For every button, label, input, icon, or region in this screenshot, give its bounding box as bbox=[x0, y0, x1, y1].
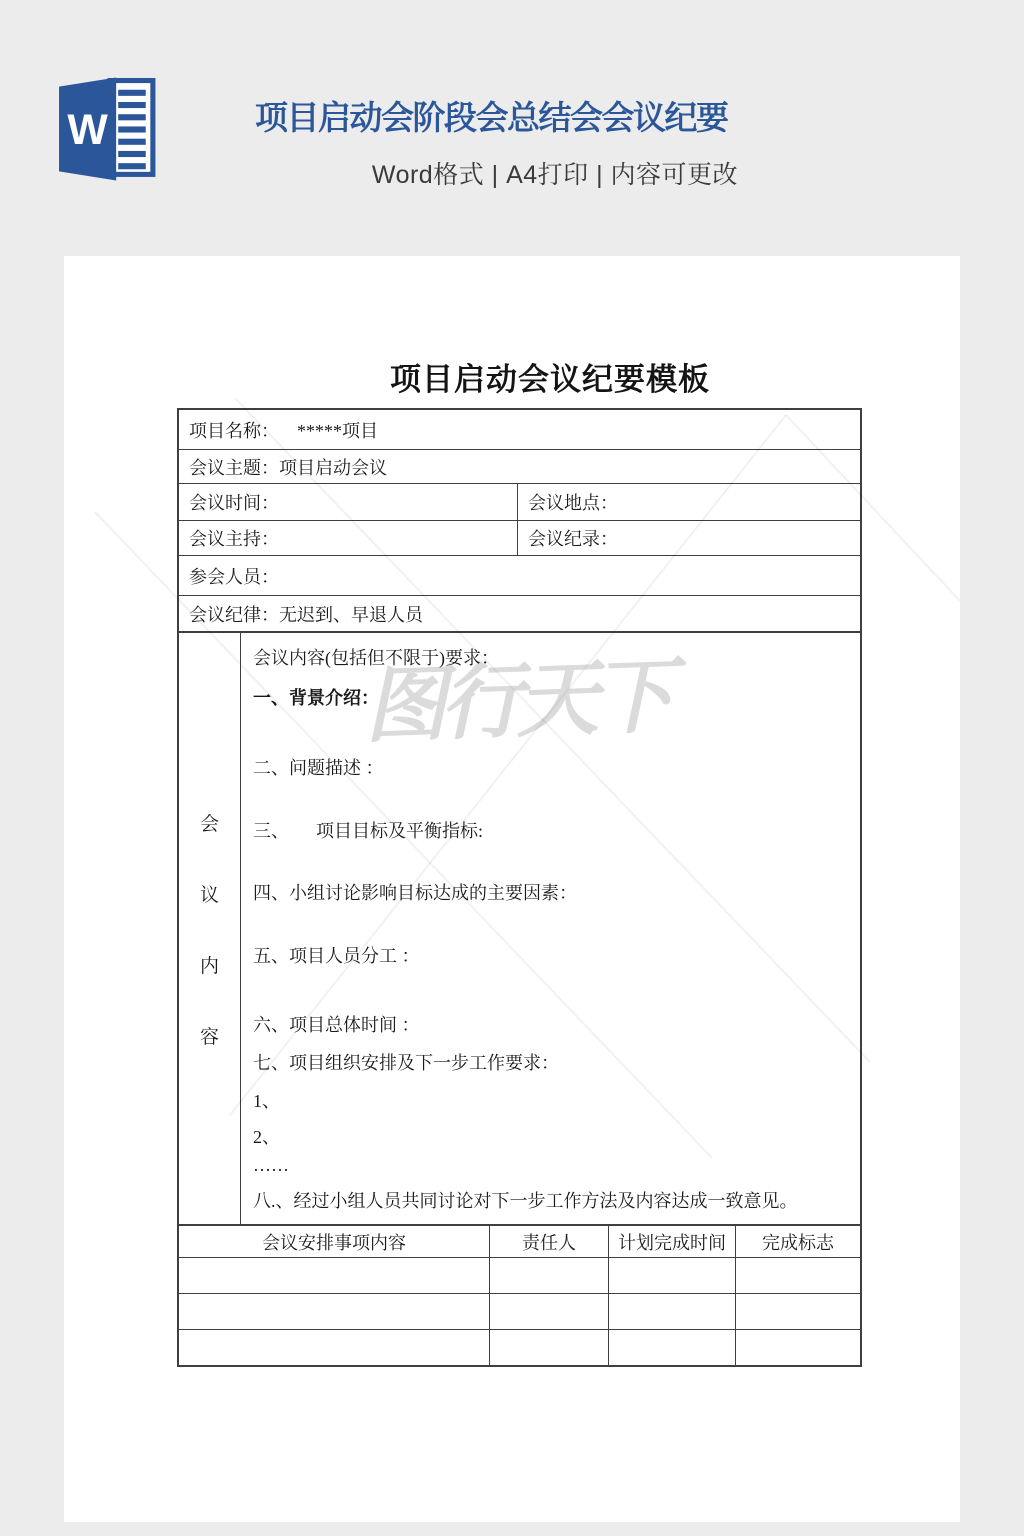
attendees-label: 参会人员： bbox=[179, 563, 279, 589]
doc-title: 项目启动会议纪要模板 bbox=[102, 354, 998, 399]
top-banner: W 项目启动会阶段会总结会会议纪要 Word格式 | A4打印 | 内容可更改 bbox=[0, 0, 1024, 256]
content-line: 一、背景介绍： bbox=[253, 687, 850, 709]
content-line: 会议内容(包括但不限于)要求： bbox=[253, 647, 850, 669]
content-line: …… bbox=[253, 1154, 850, 1176]
side-label-char: 议 bbox=[200, 880, 219, 907]
meeting-time-label: 会议时间： bbox=[179, 489, 279, 515]
row-project-name: 项目名称： *****项目 bbox=[179, 410, 860, 449]
meeting-host-label: 会议主持： bbox=[179, 525, 279, 551]
meeting-place-label: 会议地点： bbox=[518, 489, 618, 515]
schedule-empty-row bbox=[179, 1293, 860, 1329]
schedule-cell bbox=[735, 1294, 860, 1329]
meeting-minutes-table: 项目名称： *****项目 会议主题：项目启动会议 会议时间： 会议地点： 会议… bbox=[177, 408, 862, 1367]
schedule-empty-row bbox=[179, 1257, 860, 1293]
word-logo-icon: W bbox=[57, 75, 159, 183]
row-meeting-content: 会 议 内 容 会议内容(包括但不限于)要求： 一、背景介绍： 二、问题描述 ：… bbox=[179, 631, 860, 1224]
schedule-cell bbox=[735, 1330, 860, 1365]
content-line: 六、项目总体时间 ： bbox=[253, 1014, 850, 1036]
content-line: 四、小组讨论影响目标达成的主要因素： bbox=[253, 882, 850, 904]
schedule-header-items: 会议安排事项内容 bbox=[179, 1226, 489, 1257]
schedule-empty-row bbox=[179, 1329, 860, 1365]
content-line: 2、 bbox=[253, 1126, 850, 1148]
schedule-header-owner: 责任人 bbox=[489, 1226, 608, 1257]
side-label-char: 容 bbox=[200, 1022, 219, 1049]
content-line: 五、项目人员分工 ： bbox=[253, 945, 850, 967]
schedule-header-row: 会议安排事项内容 责任人 计划完成时间 完成标志 bbox=[179, 1224, 860, 1257]
banner-text-block: 项目启动会阶段会总结会会议纪要 Word格式 | A4打印 | 内容可更改 bbox=[255, 92, 855, 191]
content-line: 1、 bbox=[253, 1090, 850, 1112]
schedule-header-done: 完成标志 bbox=[735, 1226, 860, 1257]
schedule-cell bbox=[608, 1294, 735, 1329]
banner-subtitle: Word格式 | A4打印 | 内容可更改 bbox=[255, 155, 855, 191]
content-line: 七、项目组织安排及下一步工作要求： bbox=[253, 1052, 850, 1074]
schedule-header-deadline: 计划完成时间 bbox=[608, 1226, 735, 1257]
meeting-topic-text: 会议主题：项目启动会议 bbox=[179, 454, 387, 480]
schedule-cell bbox=[179, 1294, 489, 1329]
row-discipline: 会议纪律：无迟到、早退人员 bbox=[179, 595, 860, 631]
schedule-cell bbox=[179, 1330, 489, 1365]
svg-text:W: W bbox=[67, 106, 108, 154]
banner-title: 项目启动会阶段会总结会会议纪要 bbox=[255, 92, 855, 139]
row-time-place: 会议时间： 会议地点： bbox=[179, 483, 860, 520]
side-label-char: 内 bbox=[200, 951, 219, 978]
schedule-cell bbox=[735, 1258, 860, 1293]
content-line: 八.、经过小组人员共同讨论对下一步工作方法及内容达成一致意见。 bbox=[253, 1190, 850, 1212]
side-label-char: 会 bbox=[200, 809, 219, 836]
content-line: 二、问题描述 ： bbox=[253, 757, 850, 779]
discipline-text: 会议纪律：无迟到、早退人员 bbox=[179, 601, 423, 627]
content-line: 三、 项目目标及平衡指标: bbox=[253, 820, 850, 842]
meeting-recorder-label: 会议纪录： bbox=[518, 525, 618, 551]
row-meeting-topic: 会议主题：项目启动会议 bbox=[179, 449, 860, 483]
meeting-content-side-label: 会 议 内 容 bbox=[179, 633, 241, 1224]
schedule-cell bbox=[489, 1258, 608, 1293]
project-name-text: 项目名称： *****项目 bbox=[179, 417, 378, 443]
schedule-cell bbox=[489, 1294, 608, 1329]
schedule-cell bbox=[489, 1330, 608, 1365]
document-page: 图行天下 项目启动会议纪要模板 项目名称： *****项目 会议主题：项目启动会… bbox=[64, 256, 960, 1522]
schedule-cell bbox=[179, 1258, 489, 1293]
schedule-cell bbox=[608, 1258, 735, 1293]
meeting-content-body: 会议内容(包括但不限于)要求： 一、背景介绍： 二、问题描述 ： 三、 项目目标… bbox=[241, 633, 860, 1224]
schedule-cell bbox=[608, 1330, 735, 1365]
row-host-recorder: 会议主持： 会议纪录： bbox=[179, 520, 860, 555]
row-attendees: 参会人员： bbox=[179, 555, 860, 595]
